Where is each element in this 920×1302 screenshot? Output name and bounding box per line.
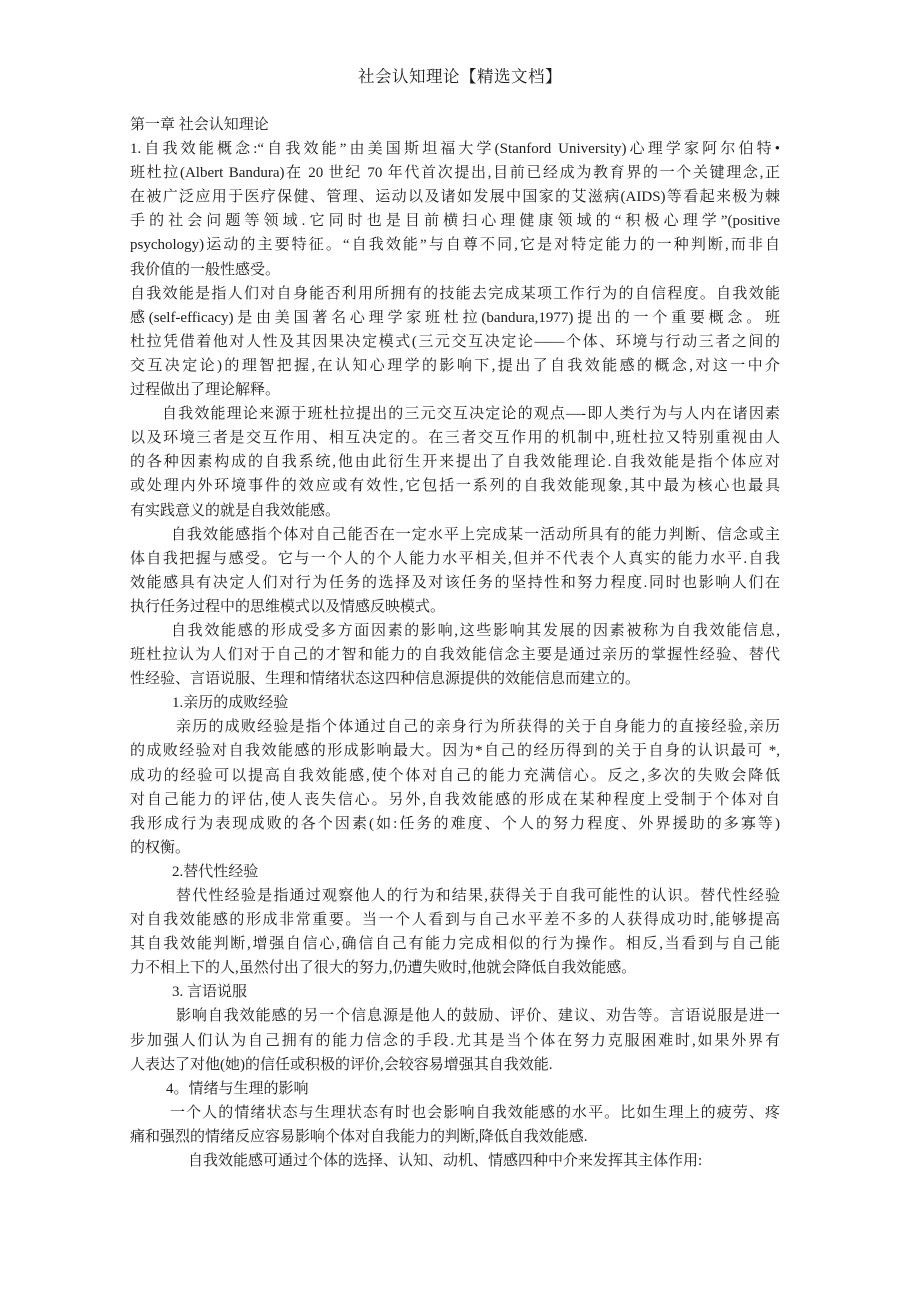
text-line: 性经验、言语说服、生理和情绪状态这四种信息源提供的效能信息而建立的。	[130, 667, 780, 691]
text-line: 体自我把握与感受。它与一个人的个人能力水平相关,但并不代表个人真实的能力水平.自…	[130, 547, 780, 571]
text-line: 自我效能理论来源于班杜拉提出的三元交互决定论的观点—-即人类行为与人内在诸因素	[130, 402, 780, 426]
text-line: 感(self-efficacy)是由美国著名心理学家班杜拉(bandura,19…	[130, 306, 780, 330]
text-line: 以及环境三者是交互作用、相互决定的。在三者交互作用的机制中,班杜拉又特别重视由人	[130, 426, 780, 450]
text-line: 3. 言语说服	[130, 980, 780, 1004]
text-line: 影响自我效能感的另一个信息源是他人的鼓励、评价、建议、劝告等。言语说服是进一	[130, 1004, 780, 1028]
text-line: 自我效能感可通过个体的选择、认知、动机、情感四种中介来发挥其主体作用:	[130, 1149, 780, 1173]
text-line: 步加强人们认为自己拥有的能力信念的手段.尤其是当个体在努力克服困难时,如果外界有	[130, 1029, 780, 1053]
text-line: 对自我效能感的形成非常重要。当一个人看到与自己水平差不多的人获得成功时,能够提高	[130, 908, 780, 932]
text-line: 1.亲历的成败经验	[130, 691, 780, 715]
text-line: 4。情绪与生理的影响	[130, 1077, 780, 1101]
text-line: 一个人的情绪状态与生理状态有时也会影响自我效能感的水平。比如生理上的疲劳、疼	[130, 1101, 780, 1125]
text-line: 我价值的一般性感受。	[130, 258, 780, 282]
text-line: 力不相上下的人,虽然付出了很大的努力,仍遭失败时,他就会降低自我效能感。	[130, 956, 780, 980]
text-line: 杜拉凭借着他对人性及其因果决定模式(三元交互决定论——个体、环境与行动三者之间的	[130, 330, 780, 354]
text-line: 有实践意义的就是自我效能感。	[130, 499, 780, 523]
text-line: 执行任务过程中的思维模式以及情感反映模式。	[130, 595, 780, 619]
text-line: 的各种因素构成的自我系统,他由此衍生开来提出了自我效能理论.自我效能是指个体应对	[130, 450, 780, 474]
document-title: 社会认知理论【精选文档】	[0, 65, 920, 89]
text-line: 人表达了对他(她)的信任或积极的评价,会较容易增强其自我效能.	[130, 1053, 780, 1077]
text-line: 自我效能是指人们对自身能否利用所拥有的技能去完成某项工作行为的自信程度。自我效能	[130, 282, 780, 306]
text-line: 2.替代性经验	[130, 860, 780, 884]
text-line: 班杜拉认为人们对于自己的才智和能力的自我效能信念主要是通过亲历的掌握性经验、替代	[130, 643, 780, 667]
text-line: 过程做出了理论解释。	[130, 378, 780, 402]
text-line: 的成败经验对自我效能感的形成影响最大。因为*自己的经历得到的关于自身的认识最可 …	[130, 739, 780, 763]
text-line: 在被广泛应用于医疗保健、管理、运动以及诸如发展中国家的艾滋病(AIDS)等看起来…	[130, 185, 780, 209]
text-line: 自我效能感的形成受多方面因素的影响,这些影响其发展的因素被称为自我效能信息,	[130, 619, 780, 643]
text-line: 1.自我效能概念:“自我效能”由美国斯坦福大学(Stanford Univers…	[130, 137, 780, 161]
text-line: 自我效能感指个体对自己能否在一定水平上完成某一活动所具有的能力判断、信念或主	[130, 523, 780, 547]
text-line: 班杜拉(Albert Bandura)在 20 世纪 70 年代首次提出,目前已…	[130, 161, 780, 185]
page: 社会认知理论【精选文档】 第一章 社会认知理论1.自我效能概念:“自我效能”由美…	[0, 0, 920, 1302]
text-line: 交互决定论)的理智把握,在认知心理学的影响下,提出了自我效能感的概念,对这一中介	[130, 354, 780, 378]
text-line: 或处理内外环境事件的效应或有效性,它包括一系列的自我效能现象,其中最为核心也最具	[130, 474, 780, 498]
document-body: 第一章 社会认知理论1.自我效能概念:“自我效能”由美国斯坦福大学(Stanfo…	[130, 113, 780, 1173]
text-line: 的权衡。	[130, 836, 780, 860]
text-line: 替代性经验是指通过观察他人的行为和结果,获得关于自我可能性的认识。替代性经验	[130, 884, 780, 908]
text-line: 我形成行为表现成败的各个因素(如:任务的难度、个人的努力程度、外界援助的多寡等)	[130, 812, 780, 836]
text-line: 手的社会问题等领域.它同时也是目前横扫心理健康领域的“积极心理学”(positi…	[130, 209, 780, 233]
text-line: 痛和强烈的情绪反应容易影响个体对自我能力的判断,降低自我效能感.	[130, 1125, 780, 1149]
text-line: 亲历的成败经验是指个体通过自己的亲身行为所获得的关于自身能力的直接经验,亲历	[130, 715, 780, 739]
text-line: 对自己能力的评估,使人丧失信心。另外,自我效能感的形成在某种程度上受制于个体对自	[130, 788, 780, 812]
text-line: 成功的经验可以提高自我效能感,使个体对自己的能力充满信心。反之,多次的失败会降低	[130, 764, 780, 788]
text-line: 第一章 社会认知理论	[130, 113, 780, 137]
text-line: psychology)运动的主要特征。“自我效能”与自尊不同,它是对特定能力的一…	[130, 233, 780, 257]
text-line: 效能感具有决定人们对行为任务的选择及对该任务的坚持性和努力程度.同时也影响人们在	[130, 571, 780, 595]
text-line: 其自我效能判断,增强自信心,确信自己有能力完成相似的行为操作。相反,当看到与自己…	[130, 932, 780, 956]
